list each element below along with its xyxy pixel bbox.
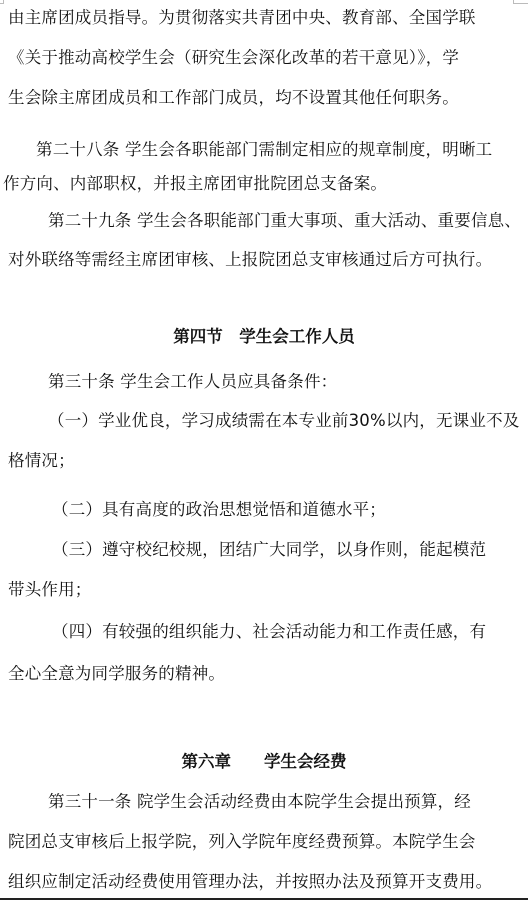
- article-30-item-3-line-2: 带头作用；: [8, 580, 522, 600]
- article-30-item-1-line-1: （一）学业优良，学习成绩需在本专业前30%以内，无课业不及: [48, 411, 522, 431]
- article-29-line-1: 第二十九条 学生会各职能部门重大事项、重大活动、重要信息、: [48, 211, 522, 231]
- paragraph-intro-line-3: 生会除主席团成员和工作部门成员，均不设置其他任何职务。: [8, 88, 522, 108]
- article-29-line-2: 对外联络等需经主席团审核、上报院团总支审核通过后方可执行。: [8, 250, 522, 270]
- article-30-item-4-line-1: （四）有较强的组织能力、社会活动能力和工作责任感，有: [52, 622, 522, 642]
- article-30-item-2-line-1: （二）具有高度的政治思想觉悟和道德水平；: [52, 500, 522, 520]
- section-heading: 第四节 学生会工作人员: [0, 327, 528, 347]
- article-31-line-1: 第三十一条 院学生会活动经费由本院学生会提出预算，经: [48, 792, 522, 812]
- paragraph-intro-line-2: 《关于推动高校学生会（研究生会深化改革的若干意见）》，学: [8, 48, 522, 68]
- article-30-item-4-line-2: 全心全意为同学服务的精神。: [8, 664, 522, 684]
- page-corner-mark-top-right: [513, 0, 528, 4]
- article-31-line-3: 组织应制定活动经费使用管理办法，并按照办法及预算开支费用。: [8, 872, 522, 892]
- document-page: 由主席团成员指导。为贯彻落实共青团中央、教育部、全国学联 《关于推动高校学生会（…: [0, 0, 528, 898]
- article-28-line-2: 作方向、内部职权，并报主席团审批院团总支备案。: [3, 174, 522, 194]
- article-30-item-3-line-1: （三）遵守校纪校规，团结广大同学，以身作则，能起模范: [52, 540, 522, 560]
- paragraph-intro-line-1: 由主席团成员指导。为贯彻落实共青团中央、教育部、全国学联: [8, 8, 522, 28]
- article-30-title: 第三十条 学生会工作人员应具备条件：: [48, 372, 522, 392]
- article-31-line-2: 院团总支审核后上报学院，列入学院年度经费预算。本院学生会: [8, 832, 522, 852]
- chapter-heading: 第六章 学生会经费: [0, 752, 528, 772]
- page-corner-mark-top-left: [0, 0, 4, 4]
- article-28-line-1: 第二十八条 学生会各职能部门需制定相应的规章制度，明晰工: [36, 140, 522, 160]
- article-30-item-1-line-2: 格情况；: [8, 451, 522, 471]
